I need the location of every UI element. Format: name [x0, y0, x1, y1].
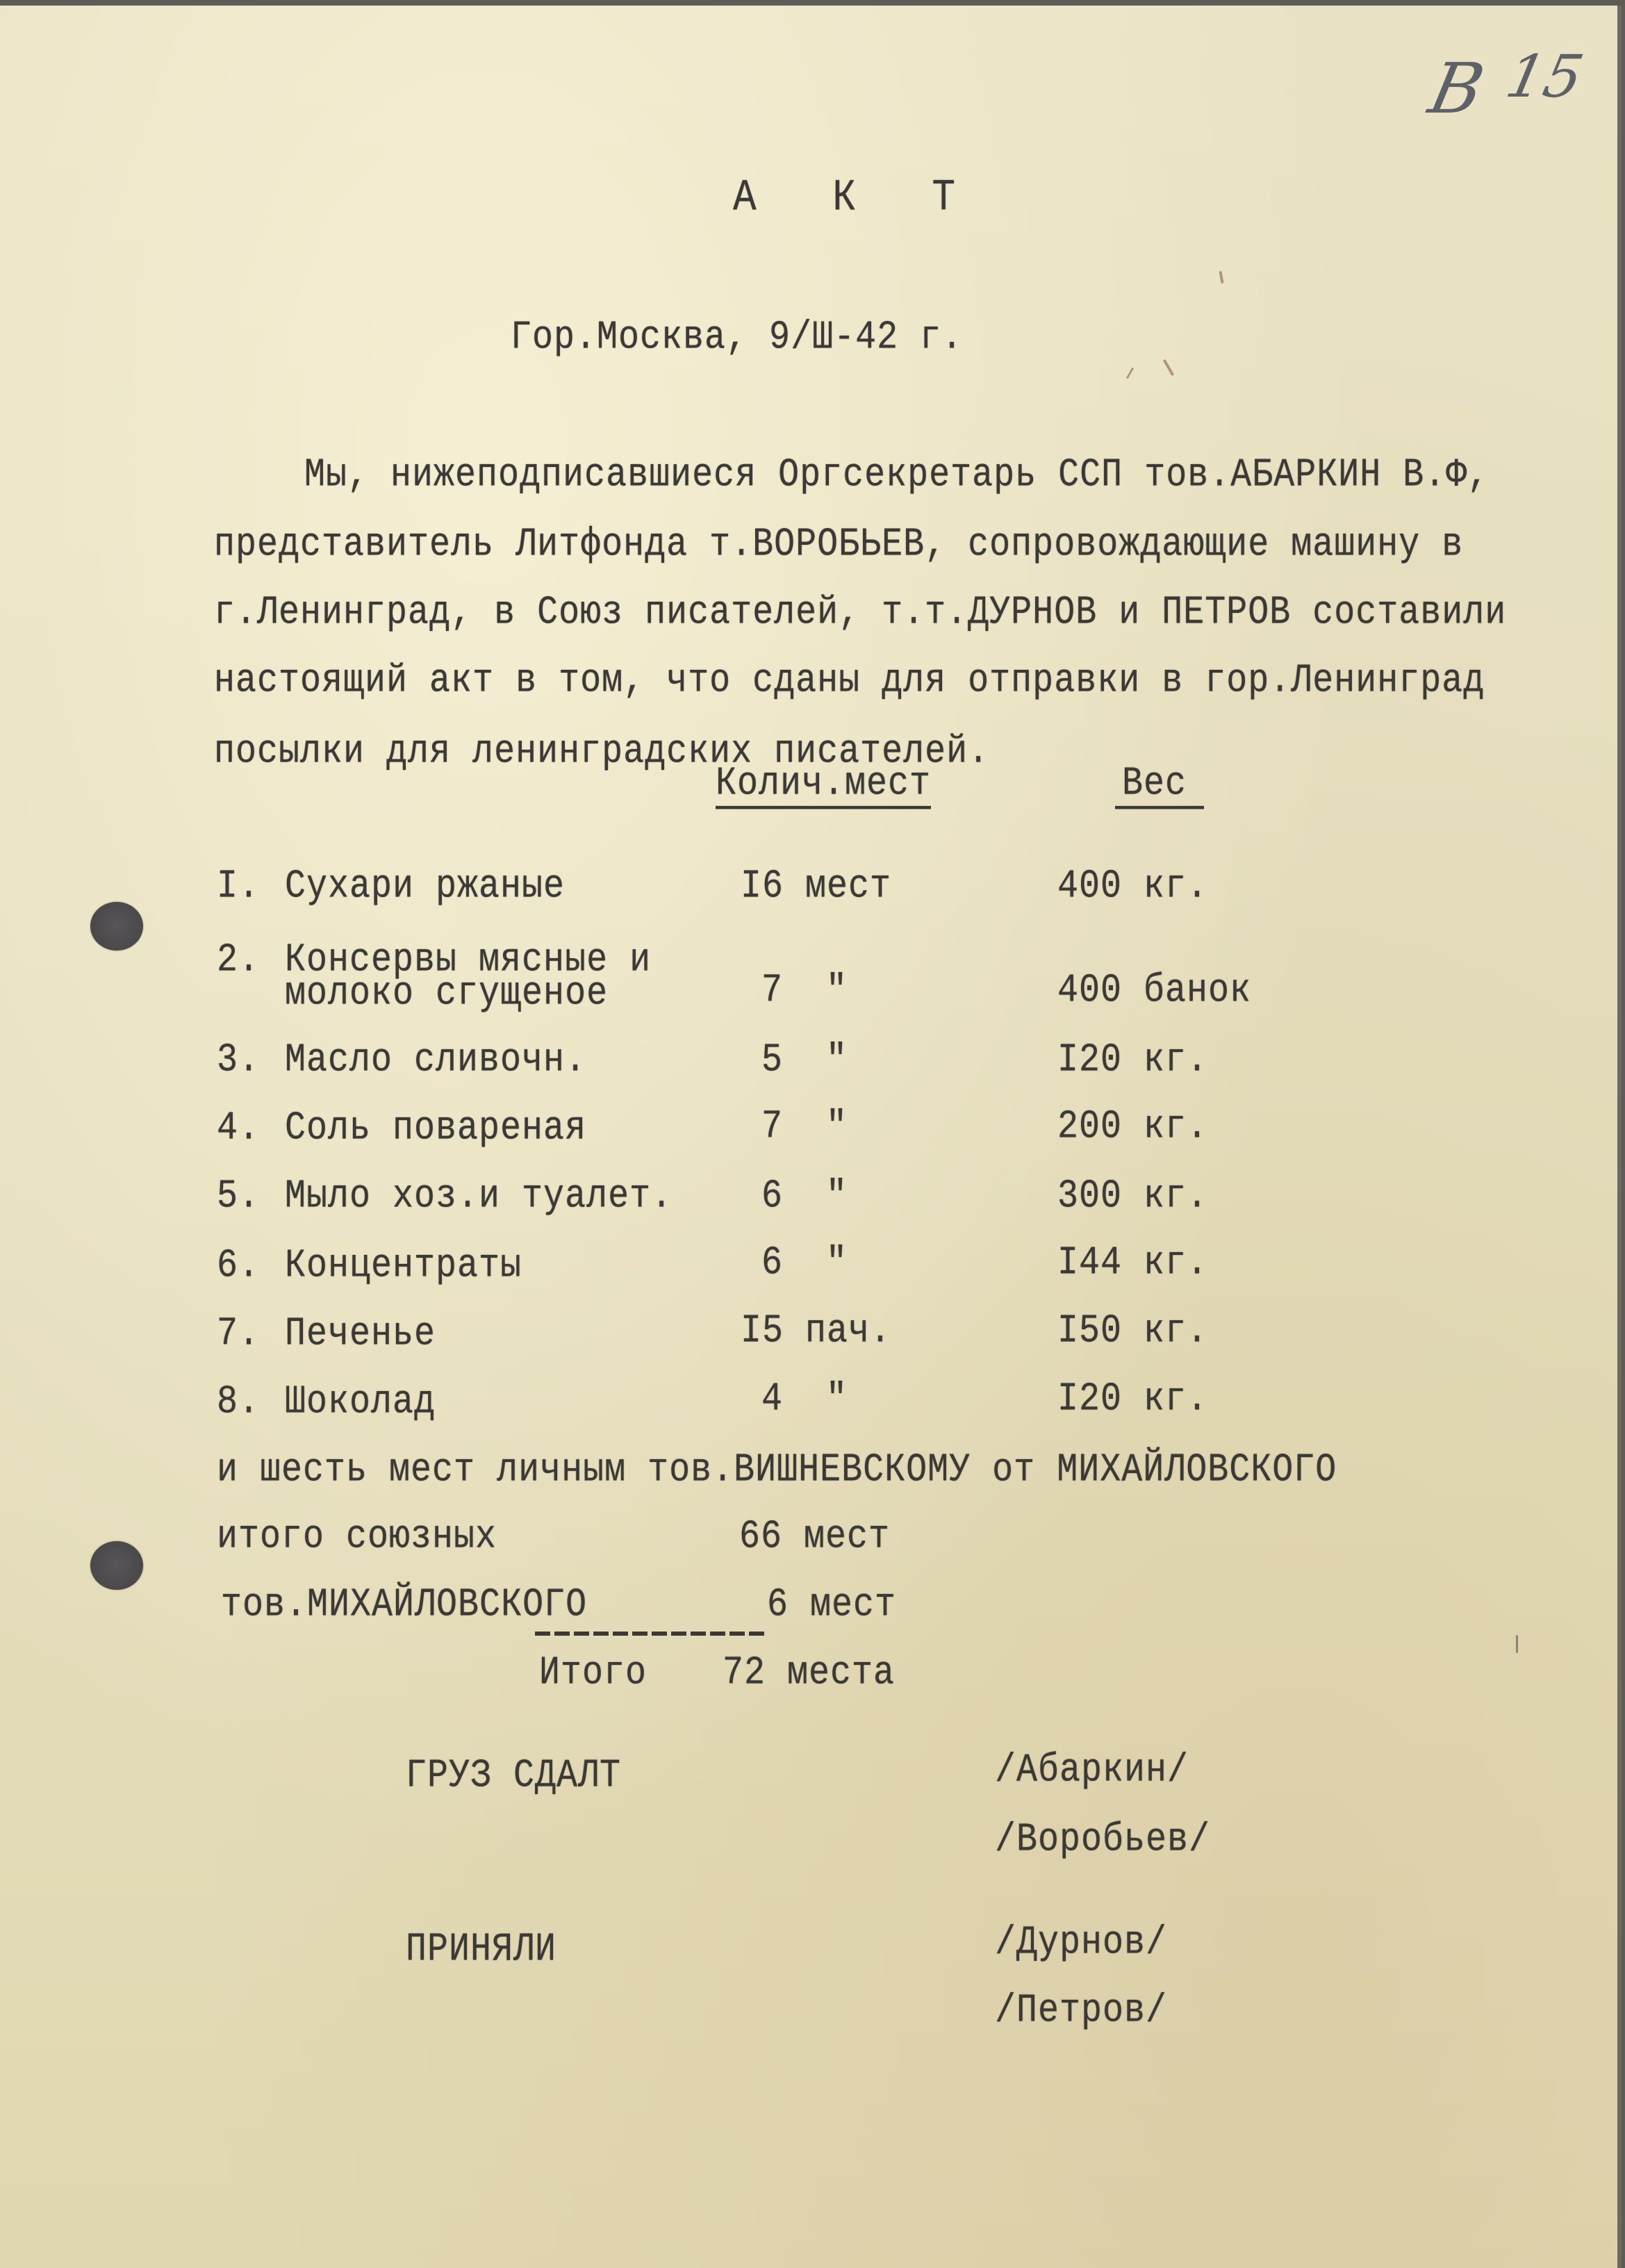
- row-number: 6.: [217, 1247, 260, 1287]
- row-weight: I44 кг.: [1057, 1244, 1208, 1284]
- punch-hole-upper: [90, 902, 143, 951]
- paper-speck: [1163, 359, 1174, 377]
- row-weight: 200 кг.: [1057, 1108, 1208, 1148]
- row-weight: 300 кг.: [1057, 1177, 1208, 1217]
- handed-over-label: ГРУЗ СДАЛТ: [406, 1757, 621, 1797]
- row-quantity: I5 пач.: [741, 1312, 891, 1352]
- archive-mark-number: 15: [1501, 47, 1588, 106]
- row-quantity: 7 ": [761, 971, 848, 1012]
- column-header-weight: Вес: [1115, 764, 1204, 809]
- body-line-2: представитель Литфонда т.ВОРОБЬЕВ, сопро…: [214, 525, 1463, 566]
- row-weight: 400 банок: [1057, 971, 1251, 1012]
- row-weight: I50 кг.: [1057, 1312, 1208, 1352]
- row-item: Мыло хоз.и туалет.: [285, 1177, 673, 1217]
- row-number: 3.: [217, 1041, 260, 1081]
- row-item: Соль повареная: [285, 1109, 586, 1149]
- signature-name: /Воробьев/: [995, 1821, 1210, 1861]
- personal-label: тов.МИХАЙЛОВСКОГО: [221, 1586, 587, 1626]
- paper-speck: [1219, 271, 1223, 283]
- row-weight: I20 кг.: [1057, 1041, 1208, 1081]
- row-quantity: I6 мест: [741, 867, 891, 907]
- row-number: I.: [217, 867, 260, 907]
- row-item: Масло сливочн.: [285, 1041, 586, 1081]
- signature-name: /Петров/: [995, 1991, 1167, 2032]
- row-quantity: 6 ": [761, 1244, 848, 1284]
- grand-total-value: 72 места: [723, 1654, 895, 1694]
- row-item: Сухари ржаные: [285, 867, 565, 907]
- row-number: 7.: [217, 1315, 260, 1355]
- document-title: А К Т: [733, 175, 982, 220]
- archive-mark: В 15: [1431, 47, 1612, 158]
- body-line-1: Мы, нижеподписавшиеся Оргсекретарь ССП т…: [304, 456, 1489, 496]
- extra-note-line: и шесть мест личным тов.ВИШНЕВСКОМУ от М…: [217, 1451, 1337, 1491]
- row-quantity: 7 ": [761, 1108, 848, 1148]
- personal-value: 6 мест: [767, 1586, 896, 1626]
- grand-total-label: Итого: [539, 1654, 647, 1694]
- row-quantity: 6 ": [761, 1177, 848, 1217]
- body-line-4: настоящий акт в том, что сданы для отпра…: [214, 661, 1485, 702]
- punch-hole-lower: [90, 1541, 143, 1590]
- row-item: Шоколад: [285, 1383, 436, 1423]
- signature-name: /Дурнов/: [995, 1923, 1167, 1964]
- archive-mark-letter: В: [1424, 54, 1490, 124]
- paper-speck: [1126, 367, 1135, 379]
- received-label: ПРИНЯЛИ: [406, 1930, 556, 1971]
- union-total-label: итого союзных: [217, 1518, 497, 1558]
- place-date: Гор.Москва, 9/Ш-42 г.: [511, 318, 963, 359]
- row-item: Печенье: [285, 1315, 436, 1355]
- row-quantity: 4 ": [761, 1380, 848, 1420]
- row-number: 2.: [217, 941, 260, 981]
- signature-name: /Абаркин/: [995, 1751, 1189, 1791]
- row-weight: 400 кг.: [1057, 867, 1208, 907]
- row-item-continued: молоко сгущеное: [285, 974, 608, 1014]
- row-item: Концентраты: [285, 1247, 522, 1287]
- row-number: 5.: [217, 1177, 260, 1217]
- row-number: 8.: [217, 1383, 260, 1423]
- row-weight: I20 кг.: [1057, 1380, 1208, 1420]
- union-total-value: 66 мест: [739, 1518, 890, 1558]
- column-header-quantity: Колич.мест: [716, 764, 931, 809]
- total-separator-dashes: [535, 1632, 764, 1636]
- body-line-3: г.Ленинград, в Союз писателей, т.т.ДУРНО…: [214, 593, 1506, 634]
- row-number: 4.: [217, 1109, 260, 1149]
- archival-document-page: В 15 А К Т Гор.Москва, 9/Ш-42 г. Мы, ниж…: [0, 6, 1622, 2268]
- paper-speck: [1516, 1635, 1518, 1653]
- row-quantity: 5 ": [761, 1041, 848, 1081]
